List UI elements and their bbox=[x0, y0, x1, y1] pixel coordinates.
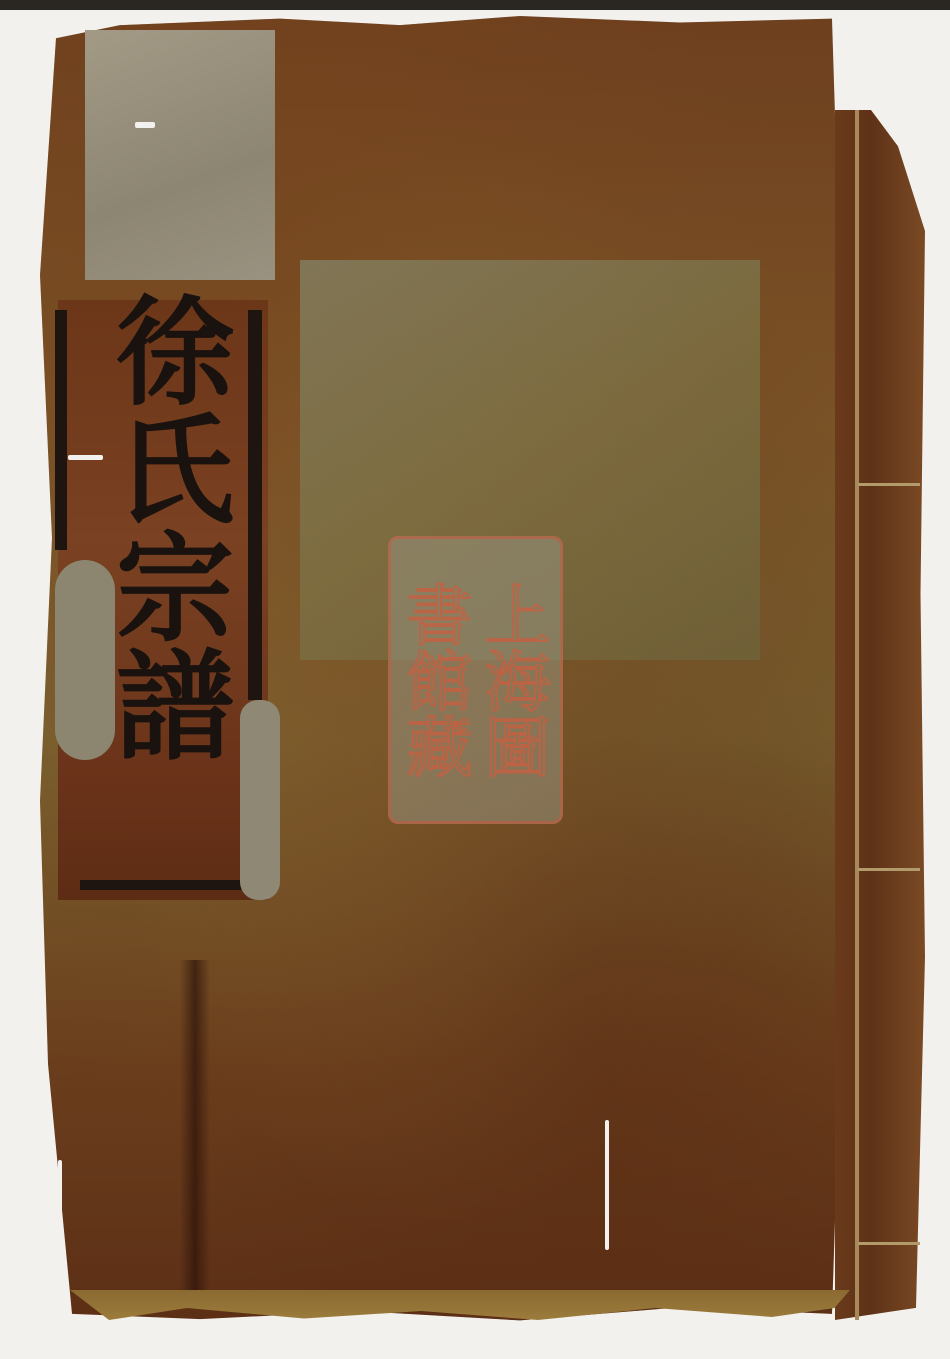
paper-crack bbox=[605, 1120, 609, 1250]
seal-text: 上海圖書館藏 bbox=[401, 549, 550, 811]
scan-top-border bbox=[0, 0, 950, 10]
paper-crack bbox=[58, 1160, 62, 1230]
title-frame-border bbox=[80, 880, 255, 890]
paper-hole bbox=[135, 122, 155, 128]
book-spine bbox=[835, 110, 925, 1320]
book-title: 徐氏宗譜 bbox=[95, 290, 235, 762]
spine-stitch bbox=[858, 868, 920, 871]
title-frame-border bbox=[248, 310, 262, 700]
library-seal-stamp: 上海圖書館藏 bbox=[388, 536, 563, 824]
stain-streak bbox=[180, 960, 210, 1300]
torn-patch bbox=[55, 560, 115, 760]
spine-binding-line bbox=[855, 110, 859, 1320]
torn-patch bbox=[240, 700, 280, 900]
spine-stitch bbox=[858, 1242, 920, 1245]
title-frame-border bbox=[55, 310, 67, 550]
spine-stitch bbox=[858, 483, 920, 486]
faded-paper-patch bbox=[85, 30, 275, 280]
paper-crack bbox=[68, 455, 103, 460]
